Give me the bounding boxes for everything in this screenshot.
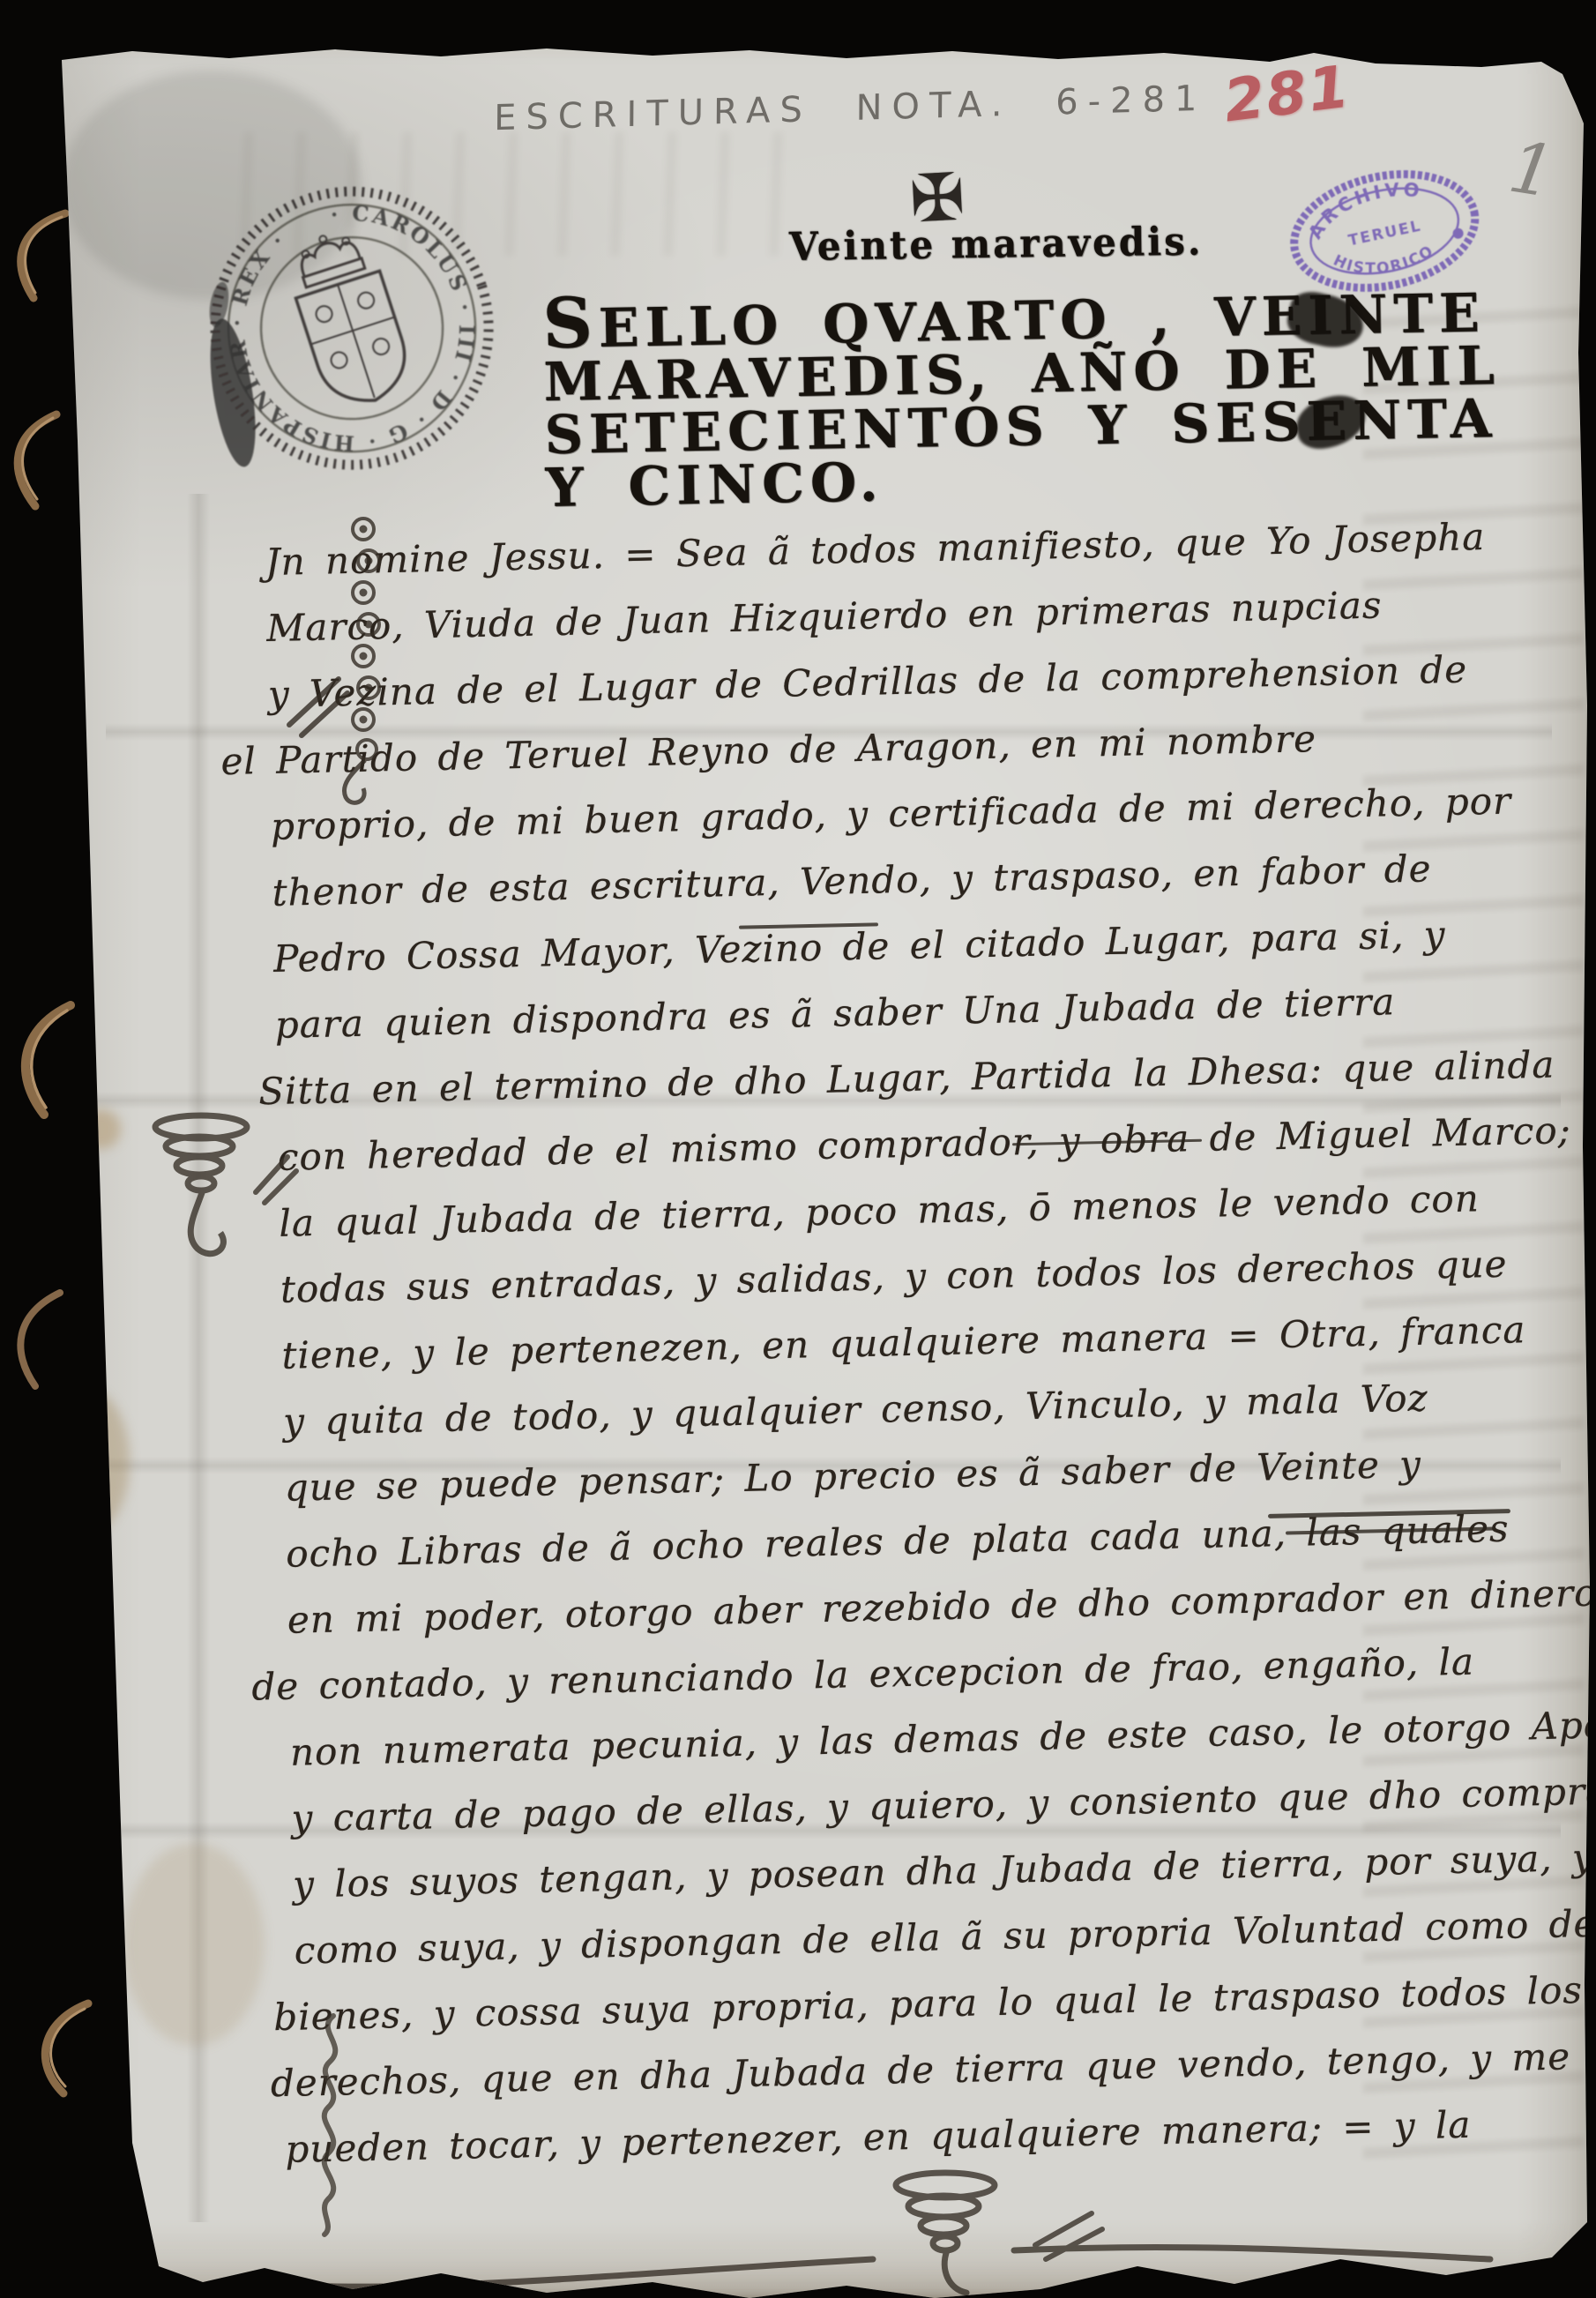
margin-chain-ornament-icon <box>333 510 413 810</box>
paper-stain <box>123 1843 265 2046</box>
manuscript-body: Jn nomine Jessu. = Sea ã todos manifiest… <box>265 502 1596 2182</box>
pencil-folio-number: 1 <box>1503 126 1561 214</box>
pencil-header: ESCRITURAS NOTA. 6-281 <box>494 78 1207 139</box>
seal-shield-icon <box>295 271 417 414</box>
binding-thread-icon <box>0 407 71 513</box>
binding-thread-icon <box>21 1995 101 2100</box>
archive-stamp-middle: TERUEL <box>1346 217 1423 250</box>
printed-duty-line: Veinte maravedis. <box>789 219 1204 270</box>
paper-stain <box>46 1389 130 1534</box>
binding-thread-icon <box>4 208 74 305</box>
printed-heading-line: SETECIENTOS Y SESENTA <box>544 394 1391 462</box>
document-page: ESCRITURAS NOTA. 6-281 281 1 ARCHIVO TER… <box>0 0 1596 2298</box>
paper-stain <box>81 1109 121 1149</box>
red-folio-number: 281 <box>1220 53 1354 136</box>
margin-slash-marks <box>254 670 360 750</box>
bottom-flourish-icon <box>256 2152 1525 2298</box>
scan-background: ESCRITURAS NOTA. 6-281 281 1 ARCHIVO TER… <box>0 0 1596 2298</box>
binding-thread-icon <box>5 998 85 1122</box>
binding-thread-icon <box>2 1287 72 1393</box>
margin-spiral-rubric-icon <box>132 1102 335 1287</box>
printed-seal-heading: SELLO QVARTO , VEINTE MARAVEDIS, AÑO DE … <box>542 283 1392 515</box>
